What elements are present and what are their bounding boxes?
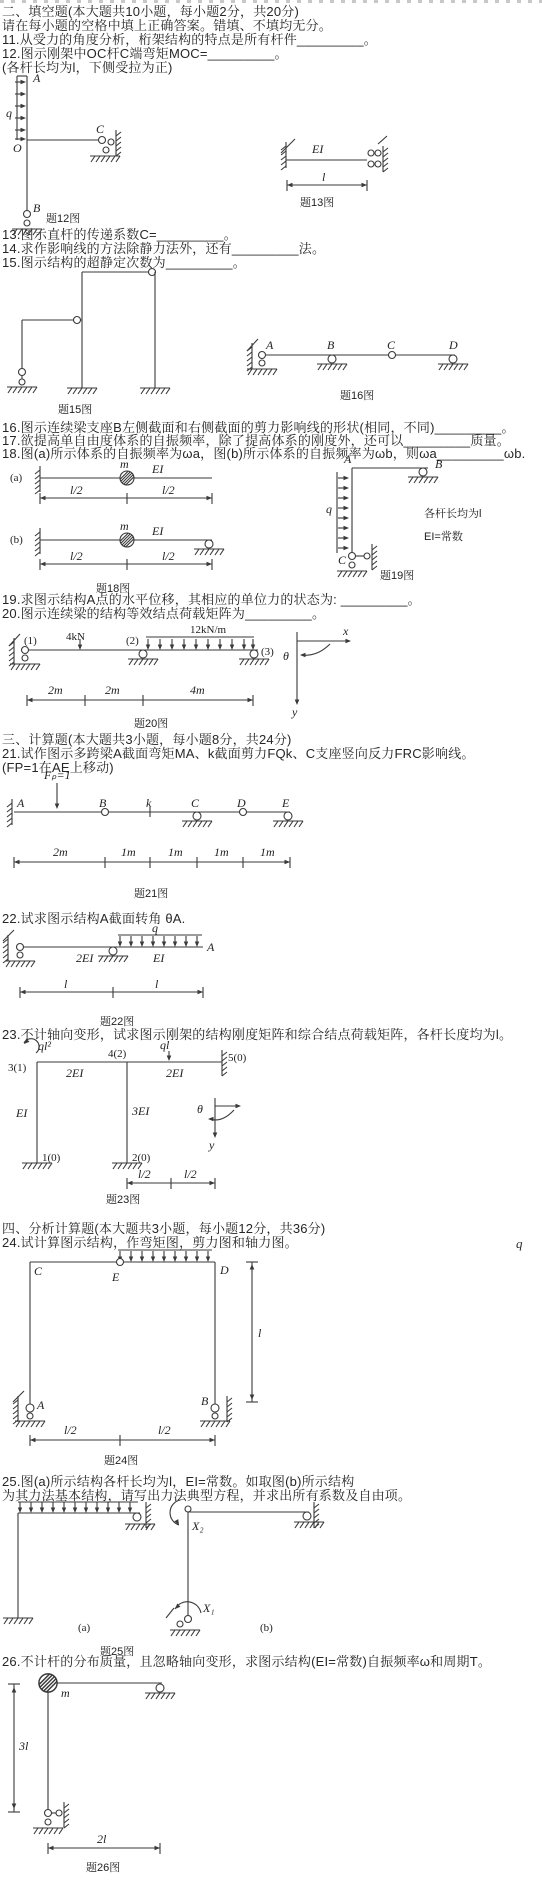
figure-caption: 题13图 bbox=[300, 195, 334, 209]
dim-1m-3: 1m bbox=[214, 845, 229, 859]
dim-half-2: l/2 bbox=[158, 1423, 171, 1437]
roller-support-top bbox=[145, 1684, 175, 1699]
fixed-support-right bbox=[140, 388, 170, 394]
load-label-q: q bbox=[152, 921, 158, 935]
fixed-support-a bbox=[3, 1618, 33, 1624]
stiffness-2EI-right: 2EI bbox=[166, 1066, 184, 1080]
redundant-label-X2: X₂ bbox=[191, 1519, 204, 1533]
note-lengths: 各杆长均为l bbox=[424, 506, 481, 520]
dim-l-2: l bbox=[155, 977, 159, 991]
unit-load-label: Fₚ=1 bbox=[43, 768, 71, 782]
figure-caption: 题21图 bbox=[134, 886, 168, 900]
figure-q15-frame: 题15图 bbox=[10, 265, 180, 417]
roller-support-middle bbox=[98, 947, 128, 962]
node-label-E: E bbox=[111, 1270, 120, 1284]
dim-1m-2: 1m bbox=[168, 845, 183, 859]
roller-support-D bbox=[438, 355, 468, 370]
figure-caption: 题26图 bbox=[86, 1860, 120, 1874]
node-label-C: C bbox=[191, 796, 200, 810]
beam-b bbox=[35, 528, 224, 556]
figure-q12-frame: A q O C B 题12图 bbox=[5, 70, 145, 235]
question-25-line1: 25.图(a)所示结构各杆长均为l，EI=常数。如取图(b)所示结构 bbox=[2, 1475, 354, 1489]
node-label-2: 2(0) bbox=[132, 1152, 151, 1164]
dim-half-b1: l/2 bbox=[70, 549, 83, 563]
pin-support-b bbox=[166, 1608, 200, 1636]
redundant-label-X1: X₁ bbox=[202, 1601, 215, 1615]
node-label-C: C bbox=[338, 553, 347, 567]
figure-caption: 题16图 bbox=[340, 388, 374, 402]
pin-support-left bbox=[3, 930, 35, 967]
dim-4m: 4m bbox=[190, 683, 205, 697]
dim-l-1: l bbox=[64, 977, 68, 991]
figure-q16-continuous-beam: A B C D 题16图 bbox=[240, 330, 525, 410]
figure-q25-frames: (a) X₂ X₁ (b) 题25图 bbox=[0, 1496, 345, 1658]
dim-label-l: l bbox=[322, 170, 326, 184]
node-label-1: 1(0) bbox=[42, 1152, 61, 1164]
node-label-D: D bbox=[448, 338, 458, 352]
hinge-top-b bbox=[185, 1506, 191, 1512]
distributed-load bbox=[118, 1250, 212, 1262]
double-link-support-right bbox=[368, 136, 388, 172]
stiffness-EI: EI bbox=[15, 1106, 28, 1120]
dim-1m-1: 1m bbox=[121, 845, 136, 859]
moment-label: ql² bbox=[38, 1039, 51, 1053]
stiffness-label-b: EI bbox=[151, 524, 164, 538]
node-label-D: D bbox=[219, 1263, 229, 1277]
hinge-D bbox=[240, 809, 247, 816]
figure-caption: 题22图 bbox=[100, 1014, 134, 1028]
section2-title: 二、填空题(本大题共10小题，每小题2分，共20分) bbox=[2, 5, 299, 19]
figure-q22-beam: q A 2EI EI l l 题22图 bbox=[0, 916, 235, 1028]
roller-support-B bbox=[408, 468, 438, 483]
dim-half-1: l/2 bbox=[64, 1423, 77, 1437]
axis-label-theta: θ bbox=[283, 649, 289, 663]
mass-label-a: m bbox=[120, 457, 129, 471]
fixed-support-A bbox=[7, 799, 12, 827]
figure-caption: 题12图 bbox=[46, 211, 80, 225]
dim-1m-4: 1m bbox=[260, 845, 275, 859]
node-label-D: D bbox=[236, 796, 246, 810]
question-11: 11.从受力的角度分析，桁架结构的特点是所有杆件_________。 bbox=[2, 33, 377, 47]
figure-caption: 题20图 bbox=[134, 716, 168, 730]
hinge-left-column bbox=[19, 369, 26, 376]
node-label-A: A bbox=[16, 796, 25, 810]
figure-caption: 题19图 bbox=[380, 568, 414, 582]
dim-2m: 2m bbox=[53, 845, 68, 859]
figure-q13-beam: EI l 题13图 bbox=[260, 125, 425, 210]
roller-support-E bbox=[273, 812, 303, 827]
hinge-E bbox=[117, 1259, 124, 1266]
node-label-C: C bbox=[34, 1264, 43, 1278]
node-label-B: B bbox=[201, 1394, 209, 1408]
node-label-E: E bbox=[281, 796, 290, 810]
sub-label-b: (b) bbox=[260, 1622, 273, 1634]
mass bbox=[39, 1674, 57, 1692]
question-21: 21.试作图示多跨梁A截面弯矩MA、k截面剪力FQk、C支座竖向反力FRC影响线… bbox=[2, 747, 475, 761]
axis-label-y: y bbox=[291, 705, 298, 719]
dim-half-a2: l/2 bbox=[162, 483, 175, 497]
stiffness-label: EI bbox=[311, 142, 324, 156]
load-label-q: q bbox=[326, 502, 332, 516]
pin-support-bottom bbox=[33, 1802, 69, 1834]
dimension-b bbox=[40, 559, 212, 570]
figure-caption: 题23图 bbox=[106, 1192, 140, 1206]
support-C bbox=[90, 130, 121, 162]
figure-q23-frame: ql² 3(1) 4(2) ql 5(0) 2EI 2EI EI 3EI 1(0… bbox=[0, 1038, 345, 1206]
stiffness-3EI: 3EI bbox=[131, 1104, 150, 1118]
point-load-label: 4kN bbox=[66, 631, 85, 643]
udl-label: 12kN/m bbox=[190, 624, 227, 636]
figure-caption: 题25图 bbox=[100, 1644, 134, 1658]
node-label-C: C bbox=[387, 338, 396, 352]
node-label-5: 5(0) bbox=[228, 1052, 247, 1064]
figure-caption: 题15图 bbox=[58, 402, 92, 416]
roller-support-B bbox=[317, 355, 347, 370]
fig24-q-load-label: q bbox=[516, 1236, 523, 1252]
node-label-A: A bbox=[36, 1398, 45, 1412]
dim-2l: 2l bbox=[97, 1832, 107, 1846]
distributed-load-a bbox=[18, 1502, 138, 1513]
figure-q24-frame: C E D A B l l/2 l/2 题24图 bbox=[0, 1246, 310, 1470]
coordinate-axes bbox=[208, 1098, 241, 1138]
node-label-A: A bbox=[32, 71, 41, 85]
redundant-X1-arrow bbox=[173, 1602, 201, 1613]
section-label-k: k bbox=[146, 796, 152, 810]
node-label-B: B bbox=[33, 201, 41, 215]
exam-page: 二、填空题(本大题共10小题，每小题2分，共20分) 请在每小题的空格中填上正确… bbox=[0, 0, 542, 1884]
figure-q18-two-beams: (a) m EI l/2 l/2 (b) m EI l/2 l/2 bbox=[5, 452, 235, 597]
distributed-load bbox=[146, 637, 255, 650]
hinge-C bbox=[389, 352, 396, 359]
distributed-load bbox=[337, 472, 349, 553]
dim-half-2: l/2 bbox=[184, 1167, 197, 1181]
dim-half-a1: l/2 bbox=[70, 483, 83, 497]
node-label-1: (1) bbox=[24, 635, 37, 647]
question-14: 14.求作影响线的方法除静力法外，还有_________法。 bbox=[2, 242, 325, 256]
hinge-B bbox=[102, 809, 109, 816]
node-label-B: B bbox=[99, 796, 107, 810]
note-EI: EI=常数 bbox=[424, 529, 463, 543]
coordinate-axes bbox=[295, 632, 351, 705]
moment-arrow bbox=[22, 1038, 39, 1053]
section3-title: 三、计算题(本大题共3小题，每小题8分，共24分) bbox=[2, 733, 292, 747]
unit-load-arrow bbox=[55, 783, 60, 809]
node-label-3: 3(1) bbox=[8, 1062, 27, 1074]
dim-l: l bbox=[258, 1326, 262, 1340]
point-load-label: ql bbox=[160, 1038, 170, 1052]
stiffness-2EI-left: 2EI bbox=[66, 1066, 84, 1080]
stiffness-label-a: EI bbox=[151, 462, 164, 476]
sub-label-a: (a) bbox=[78, 1622, 91, 1634]
stiffness-label-2EI: 2EI bbox=[76, 951, 94, 965]
figure-caption: 题18图 bbox=[96, 581, 130, 595]
fixed-support-5 bbox=[222, 1050, 227, 1076]
dimension-line bbox=[20, 987, 203, 998]
section4-title: 四、分析计算题(本大题共3小题，每小题12分，共36分) bbox=[2, 1222, 325, 1236]
point-load-arrow bbox=[167, 1051, 172, 1061]
fixed-support-middle bbox=[67, 388, 97, 394]
figure-caption: 题24图 bbox=[104, 1453, 138, 1467]
redundant-X2-arrow bbox=[170, 1500, 181, 1526]
figure-q26-frame: m 3l 2l 题26图 bbox=[0, 1666, 200, 1884]
roller-support-C bbox=[182, 812, 212, 827]
dimension-line bbox=[30, 1435, 215, 1446]
axis-label-theta: θ bbox=[197, 1102, 203, 1116]
section2-note: 请在每小题的空格中填上正确答案。错填、不填均无分。 bbox=[2, 19, 332, 33]
dim-2m-1: 2m bbox=[48, 683, 63, 697]
axis-label-y: y bbox=[208, 1138, 215, 1152]
roller-support-2 bbox=[128, 650, 158, 665]
node-label-3: (3) bbox=[261, 646, 274, 658]
node-label-A: A bbox=[265, 338, 274, 352]
roller-support-b bbox=[294, 1502, 324, 1528]
axis-label-x: x bbox=[342, 624, 349, 638]
dim-2m-2: 2m bbox=[105, 683, 120, 697]
node-label-2: (2) bbox=[126, 635, 139, 647]
node-label-4: 4(2) bbox=[108, 1048, 127, 1060]
node-label-O: O bbox=[13, 141, 22, 155]
dim-half-1: l/2 bbox=[138, 1167, 151, 1181]
node-label-B: B bbox=[435, 457, 443, 471]
dimension-a bbox=[40, 493, 212, 504]
load-label-q: q bbox=[6, 106, 12, 120]
node-label-B: B bbox=[327, 338, 335, 352]
distributed-load bbox=[118, 935, 202, 947]
node-label-A: A bbox=[343, 452, 352, 466]
dimension-height bbox=[246, 1262, 258, 1402]
figure-q20-continuous-beam: (1) 4kN (2) 12kN/m (3) 2m 2m bbox=[0, 618, 470, 732]
hinge-middle bbox=[74, 317, 81, 324]
mass-label: m bbox=[61, 1686, 70, 1700]
dim-half-b2: l/2 bbox=[162, 549, 175, 563]
node-label-C: C bbox=[96, 122, 105, 136]
figure-q19-frame: A B q C 各杆长均为l EI=常数 题19图 bbox=[315, 452, 510, 590]
stiffness-label-EI: EI bbox=[152, 951, 165, 965]
fixed-support-left bbox=[281, 139, 295, 170]
dim-3l: 3l bbox=[18, 1739, 29, 1753]
mass-label-b: m bbox=[120, 519, 129, 533]
pin-support-left bbox=[7, 379, 37, 393]
sub-label-a: (a) bbox=[10, 472, 23, 484]
question-12: 12.图示刚架中OC杆C端弯矩MOC=_________。 bbox=[2, 47, 288, 61]
sub-label-b: (b) bbox=[10, 534, 23, 546]
dimension-l bbox=[287, 180, 367, 191]
node-label-A: A bbox=[206, 940, 215, 954]
figure-q21-multispan-beam: Fₚ=1 A B k C D E 2m 1m 1m 1m 1m bbox=[0, 765, 330, 900]
distributed-load bbox=[15, 76, 27, 141]
scan-artifact-top bbox=[0, 0, 542, 3]
